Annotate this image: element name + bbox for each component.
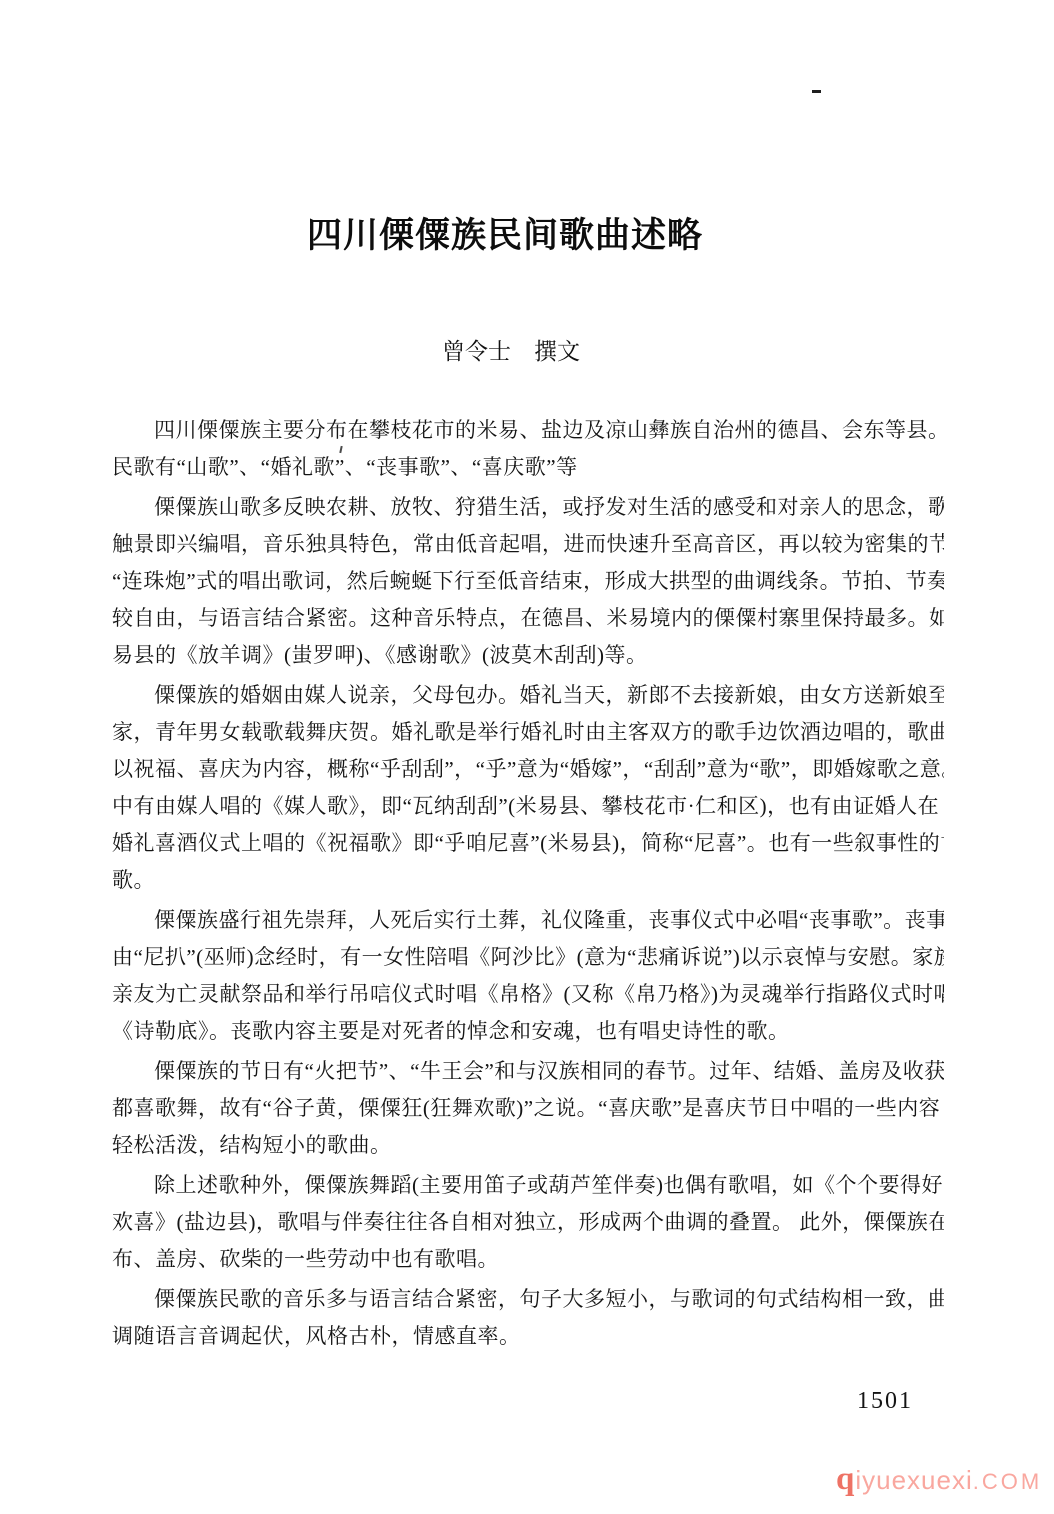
text-line: 都喜歌舞，故有“谷子黄，傈僳狂(狂舞欢歌)”之说。“喜庆歌”是喜庆节日中唱的一些… (112, 1090, 944, 1127)
article-title: 四川傈僳族民间歌曲述略 (0, 215, 1010, 257)
scan-artifact-dash (812, 90, 821, 93)
text-line: 傈僳族民歌的音乐多与语言结合紧密，句子大多短小，与歌词的句式结构相一致，曲 (112, 1281, 944, 1318)
text-line: 亲友为亡灵献祭品和举行吊唁仪式时唱《帛格》(又称《帛乃格》)为灵魂举行指路仪式时… (112, 976, 944, 1013)
text-line: 调随语言音调起伏，风格古朴，情感直率。 (112, 1318, 944, 1355)
article-byline: 曾令士 撰文 (0, 339, 1022, 365)
article-body: 四川傈僳族主要分布在攀枝花市的米易、盐边及凉山彝族自治州的德昌、会东等县。民歌有… (112, 412, 944, 1355)
text-line: 除上述歌种外，傈僳族舞蹈(主要用笛子或葫芦笙伴奏)也偶有歌唱，如《个个要得好 (112, 1167, 944, 1204)
watermark-domain: .COM (973, 1469, 1042, 1495)
paragraph: 傈僳族盛行祖先崇拜，人死后实行土葬，礼仪隆重，丧事仪式中必唱“丧事歌”。丧事中由… (112, 902, 944, 1050)
text-line: 中有由媒人唱的《媒人歌》，即“瓦纳刮刮”(米易县、攀枝花市·仁和区)，也有由证婚… (112, 788, 944, 825)
text-line: 傈僳族盛行祖先崇拜，人死后实行土葬，礼仪隆重，丧事仪式中必唱“丧事歌”。丧事中 (112, 902, 944, 939)
text-line: 由“尼扒”(巫师)念经时，有一女性陪唱《阿沙比》(意为“悲痛诉说”)以示哀悼与安… (112, 939, 944, 976)
watermark-letter-q: q (836, 1461, 854, 1498)
watermark: q iyuexuexi .COM (836, 1461, 1042, 1498)
text-line: 《诗勒底》。丧歌内容主要是对死者的悼念和安魂，也有唱史诗性的歌。 (112, 1013, 944, 1050)
paragraph: 傈僳族的婚姻由媒人说亲，父母包办。婚礼当天，新郎不去接新娘，由女方送新娘至男家，… (112, 677, 944, 899)
paragraph: 除上述歌种外，傈僳族舞蹈(主要用笛子或葫芦笙伴奏)也偶有歌唱，如《个个要得好欢喜… (112, 1167, 944, 1278)
paragraph: 傈僳族的节日有“火把节”、“牛王会”和与汉族相同的春节。过年、结婚、盖房及收获时… (112, 1053, 944, 1164)
text-line: 轻松活泼，结构短小的歌曲。 (112, 1127, 944, 1164)
text-line: 婚礼喜酒仪式上唱的《祝福歌》即“乎咱尼喜”(米易县)，简称“尼喜”。也有一些叙事… (112, 825, 944, 862)
text-line: 欢喜》(盐边县)，歌唱与伴奏往往各自相对独立，形成两个曲调的叠置。 此外，傈僳族… (112, 1204, 944, 1241)
page-number: 1501 (857, 1388, 913, 1415)
text-line: 布、盖房、砍柴的一些劳动中也有歌唱。 (112, 1241, 944, 1278)
text-line: 傈僳族的节日有“火把节”、“牛王会”和与汉族相同的春节。过年、结婚、盖房及收获时 (112, 1053, 944, 1090)
text-line: 以祝福、喜庆为内容，概称“乎刮刮”，“乎”意为“婚嫁”，“刮刮”意为“歌”，即婚… (112, 751, 944, 788)
text-line: 家，青年男女载歌载舞庆贺。婚礼歌是举行婚礼时由主客双方的歌手边饮酒边唱的，歌曲 (112, 714, 944, 751)
text-line: 触景即兴编唱，音乐独具特色，常由低音起唱，进而快速升至高音区，再以较为密集的节奏 (112, 526, 944, 563)
paragraph: 傈僳族民歌的音乐多与语言结合紧密，句子大多短小，与歌词的句式结构相一致，曲调随语… (112, 1281, 944, 1355)
text-line: “连珠炮”式的唱出歌词，然后蜿蜒下行至低音结束，形成大拱型的曲调线条。节拍、节奏… (112, 563, 944, 600)
text-line: 歌。 (112, 862, 944, 899)
text-line: 易县的《放羊调》(蚩罗呷)、《感谢歌》(波莫木刮刮)等。 (112, 637, 944, 674)
text-line: 四川傈僳族主要分布在攀枝花市的米易、盐边及凉山彝族自治州的德昌、会东等县。 (112, 412, 944, 449)
paragraph: 傈僳族山歌多反映农耕、放牧、狩猎生活，或抒发对生活的感受和对亲人的思念，歌手触景… (112, 489, 944, 674)
text-line: 傈僳族的婚姻由媒人说亲，父母包办。婚礼当天，新郎不去接新娘，由女方送新娘至男 (112, 677, 944, 714)
text-line: 民歌有“山歌”、“婚礼歌”、“丧事歌”、“喜庆歌”等 (112, 449, 944, 486)
text-line: 较自由，与语言结合紧密。这种音乐特点，在德昌、米易境内的傈僳村寨里保持最多。如米 (112, 600, 944, 637)
scanned-page: 四川傈僳族民间歌曲述略 曾令士 撰文 四川傈僳族主要分布在攀枝花市的米易、盐边及… (0, 0, 1054, 1514)
watermark-text: iyuexuexi (855, 1465, 972, 1496)
text-line: 傈僳族山歌多反映农耕、放牧、狩猎生活，或抒发对生活的感受和对亲人的思念，歌手 (112, 489, 944, 526)
paragraph: 四川傈僳族主要分布在攀枝花市的米易、盐边及凉山彝族自治州的德昌、会东等县。民歌有… (112, 412, 944, 486)
